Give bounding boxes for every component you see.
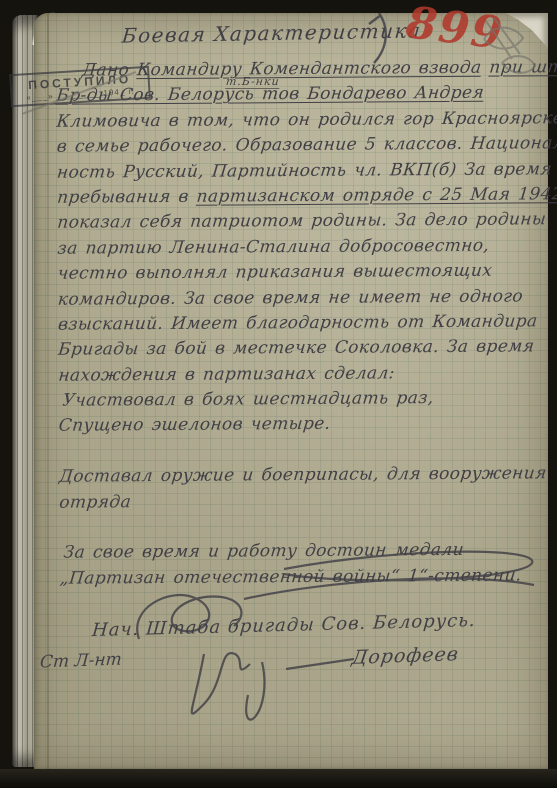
manuscript-line: пребывания в партизанском отряде с 25 Ма… [56, 182, 544, 211]
manuscript-segment: „Партизан отечественной войны“ 1“-степен… [59, 565, 523, 588]
manuscript-segment: Спущено эшелонов четыре. [58, 414, 332, 436]
manuscript-segment: нахождения в партизанах сделал: [57, 363, 395, 385]
manuscript-segment: честно выполнял приказания вышестоящих [57, 261, 494, 284]
manuscript-segment: взысканий. Имеет благодарность от Команд… [57, 311, 538, 334]
manuscript-line: Спущено эшелонов четыре. [57, 411, 545, 440]
archive-red-number: 899 [403, 0, 506, 60]
manuscript-line: Климовича в том, что он родился гор Крас… [55, 106, 543, 135]
manuscript-body: Дано Командиру Комендантского взвода при… [56, 55, 546, 592]
signature-rank: Ст Л-нт [39, 650, 122, 673]
manuscript-segment: Командиру Комендантского взвода [136, 58, 482, 80]
manuscript-segment: Дано [81, 60, 138, 80]
manuscript-line: за партию Ленина-Сталина добросовестно, [56, 233, 544, 262]
manuscript-segment: пребывания в [56, 187, 197, 208]
binder-bottom-edge [0, 769, 557, 788]
manuscript-line: За свое время и работу достоин медали [62, 538, 546, 567]
manuscript-segment: командиров. За свое время не имеет не од… [57, 286, 524, 309]
manuscript-segment: отряда [58, 492, 132, 513]
manuscript-line: честно выполнял приказания вышестоящих [56, 258, 544, 287]
manuscript-line: Дано Командиру Комендантского взвода при… [81, 55, 543, 84]
manuscript-line: взысканий. Имеет благодарность от Команд… [57, 309, 545, 338]
manuscript-line: нахождения в партизанах сделал: [57, 360, 545, 389]
manuscript-line [58, 436, 546, 465]
scanned-document: Боевая Характеристика 899 ПОСТУПИЛО «___… [0, 0, 557, 788]
manuscript-segment: ность Русский, Партийность чл. ВКП(б) За… [56, 159, 553, 182]
document-title: Боевая Характеристика [121, 18, 423, 47]
manuscript-line: Доставал оружие и боеприпасы, для вооруж… [58, 462, 546, 491]
manuscript-segment: Доставал оружие и боеприпасы, для вооруж… [58, 464, 548, 487]
signature-name: Дорофеев [350, 643, 460, 669]
manuscript-line: ность Русский, Партийность чл. ВКП(б) За… [56, 157, 544, 186]
manuscript-segment: Бр-ды Сов. Белорусь тов [55, 84, 308, 106]
manuscript-line: в семье рабочего. Образование 5 классов.… [56, 131, 544, 160]
manuscript-segment: при штабе [488, 57, 557, 78]
manuscript-segment: За свое время и работу достоин медали [63, 540, 465, 563]
manuscript-segment: Климовича в том, что он родился гор Крас… [56, 108, 557, 132]
manuscript-line: „Партизан отечественной войны“ 1“-степен… [59, 563, 547, 592]
manuscript-segment: Бригады за бой в местечке Соколовка. За … [57, 337, 535, 360]
manuscript-segment: за партию Ленина-Сталина добросовестно, [57, 235, 491, 258]
manuscript-segment: в семье рабочего. Образование 5 классов.… [56, 133, 557, 157]
manuscript-segment: Участвовал в боях шестнадцать раз, [62, 388, 435, 411]
manuscript-line: отряда [58, 487, 546, 516]
document-page: Боевая Характеристика 899 ПОСТУПИЛО «___… [34, 13, 548, 769]
signature-title-line: Нач. Штаба бригады Сов. Белорусь. [91, 610, 476, 641]
manuscript-line: Бр-ды Сов. Белорусь тов Бондарево Андрея [55, 81, 543, 110]
manuscript-segment: партизанском отряде с 25 Мая 1942г [196, 184, 557, 207]
manuscript-segment: показал себя патриотом родины. За дело р… [56, 210, 547, 233]
manuscript-line: Бригады за бой в местечке Соколовка. За … [57, 335, 545, 364]
manuscript-line: командиров. За свое время не имеет не од… [57, 284, 545, 313]
manuscript-line: показал себя патриотом родины. За дело р… [56, 208, 544, 237]
manuscript-segment: Бондарево Андрея [306, 83, 485, 104]
